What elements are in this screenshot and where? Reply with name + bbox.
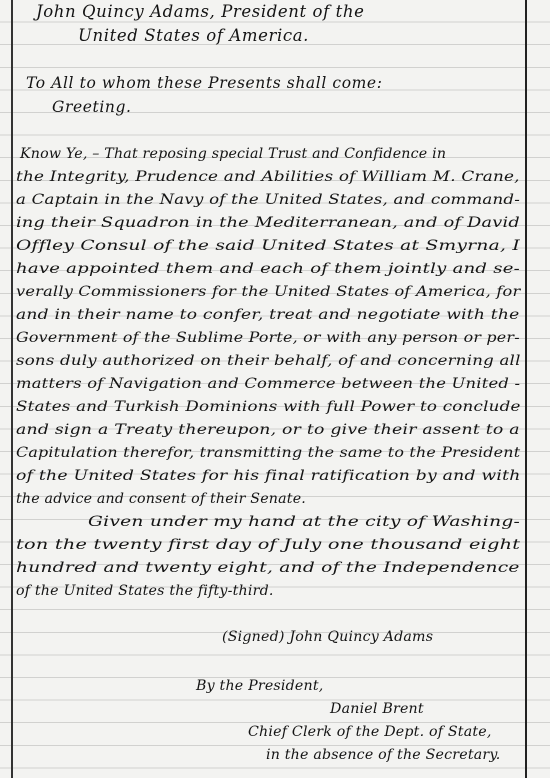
body-line-12: States and Turkish Dominions with full P… (16, 399, 521, 415)
left-margin-rule (11, 0, 13, 778)
body-line-18: ton the twenty first day of July one tho… (16, 537, 520, 553)
body-line-10: sons duly authorized on their behalf, of… (16, 353, 521, 369)
clerk-note: in the absence of the Secretary. (266, 747, 500, 763)
body-line-2: the Integrity, Prudence and Abilities of… (16, 169, 520, 185)
right-margin-rule (525, 0, 527, 778)
body-line-13: and sign a Treaty thereupon, or to give … (16, 422, 520, 438)
clerk-signature: Daniel Brent (330, 701, 424, 717)
header-line-2: United States of America. (78, 26, 309, 45)
body-line-4: ing their Squadron in the Mediterranean,… (16, 215, 520, 231)
body-line-11: matters of Navigation and Commerce betwe… (16, 376, 520, 392)
body-line-20: of the United States the fifty-third. (16, 583, 274, 599)
salutation-line-1: To All to whom these Presents shall come… (26, 74, 383, 92)
body-line-9: Government of the Sublime Porte, or with… (16, 330, 520, 346)
body-line-7: verally Commissioners for the United Sta… (16, 284, 520, 300)
body-line-14: Capitulation therefor, transmitting the … (16, 445, 520, 461)
clerk-title: Chief Clerk of the Dept. of State, (248, 724, 492, 740)
body-line-3: a Captain in the Navy of the United Stat… (16, 192, 520, 208)
body-line-6: have appointed them and each of them joi… (16, 261, 520, 277)
body-line-19: hundred and twenty eight, and of the Ind… (16, 560, 520, 576)
signed-line: (Signed) John Quincy Adams (222, 629, 433, 645)
header-line-1: John Quincy Adams, President of the (36, 2, 364, 21)
body-line-1: Know Ye, – That reposing special Trust a… (20, 146, 520, 162)
body-line-15: of the United States for his final ratif… (16, 468, 521, 484)
salutation-greeting: Greeting. (52, 98, 132, 116)
body-line-5: Offley Consul of the said United States … (16, 238, 520, 254)
handwritten-document-page: John Quincy Adams, President of the Unit… (0, 0, 550, 778)
body-line-17: Given under my hand at the city of Washi… (88, 514, 520, 530)
by-the-president: By the President, (196, 678, 323, 694)
body-line-8: and in their name to confer, treat and n… (16, 307, 519, 323)
body-line-16: the advice and consent of their Senate. (16, 491, 306, 507)
